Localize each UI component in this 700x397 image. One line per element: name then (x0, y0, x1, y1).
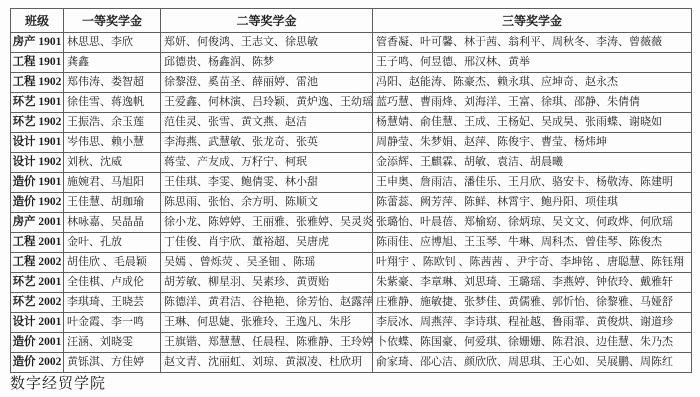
class-cell: 设计 2001 (11, 313, 64, 333)
third-scholarship-cell: 卜依蝶、陈国豪、何爱琪、徐姗姗、陈君浪、边佳慧、朱乃杰 (373, 333, 692, 353)
first-scholarship-cell: 徐佳雪、蒋逸帆 (64, 93, 161, 113)
second-scholarship-cell: 王佳琪、李雯、鲍倩雯、林小甜 (161, 173, 373, 193)
first-scholarship-cell: 施婉君、马旭阳 (64, 173, 161, 193)
second-scholarship-cell: 陈德洋、黄君洁、谷艳艳、徐芳怡、赵露萍 (161, 293, 373, 313)
second-scholarship-cell: 范佳灵、张雪、黄文燕、赵洁 (161, 113, 373, 133)
first-scholarship-cell: 郑伟涛、娄智超 (64, 73, 161, 93)
header-third-scholarship: 三等奖学金 (373, 9, 692, 33)
first-scholarship-cell: 刘秋、沈威 (64, 153, 161, 173)
second-scholarship-cell: 蒋莹、产友成、万籽宁、柯珉 (161, 153, 373, 173)
second-scholarship-cell: 丁佳俊、肖宇欣、董裕超、吴唐虎 (161, 233, 373, 253)
third-scholarship-cell: 冯阳、赵能涛、陈豪杰、赖永琪、应坤奇、赵永杰 (373, 73, 692, 93)
class-cell: 工程 2002 (11, 253, 64, 273)
header-first-scholarship: 一等奖学金 (64, 9, 161, 33)
table-row: 环艺 1901徐佳雪、蒋逸帆王爱鑫、何林演、吕玲颖、黄炉逸、王幼瑶蓝巧慧、曹雨烽… (11, 93, 692, 113)
second-scholarship-cell: 徐小龙、陈婷婷、王丽雅、张雅婷、吴灵炎 (161, 213, 373, 233)
third-scholarship-cell: 张璐怡、叶晨蓓、郑榆窈、徐炳琼、吴文文、何政烨、何欣瑶 (373, 213, 692, 233)
table-row: 工程 1901龚鑫邱德贵、杨鑫润、陈梦王子鸣、何昱德、邢汉林、黄举 (11, 53, 692, 73)
class-cell: 造价 1901 (11, 173, 64, 193)
third-scholarship-cell: 金添辉、王麒霖、胡敏、袁洁、胡晨曦 (373, 153, 692, 173)
first-scholarship-cell: 黄铄淇、方佳婷 (64, 353, 161, 373)
third-scholarship-cell: 庄雅静、施敏捷、张梦佳、黄儒雅、郭忻怡、徐黎雅、马娅舒 (373, 293, 692, 313)
second-scholarship-cell: 邱德贵、杨鑫润、陈梦 (161, 53, 373, 73)
third-scholarship-cell: 周静莹、朱梦娟、赵萍、陈俊宇、曹莹、杨炜坤 (373, 133, 692, 153)
class-cell: 环艺 2001 (11, 273, 64, 293)
third-scholarship-cell: 朱紫豪、李章琳、刘思琦、王璐瑶、李燕婷、钟依玲、戴雅轩 (373, 273, 692, 293)
first-scholarship-cell: 李琪琦、王晓芸 (64, 293, 161, 313)
third-scholarship-cell: 李辰冰、周燕萍、李诗琪、程祉越、鲁雨霏、黄俊烘、谢道珍 (373, 313, 692, 333)
first-scholarship-cell: 全佳棋、卢成伦 (64, 273, 161, 293)
first-scholarship-cell: 岑伟思、赖小慧 (64, 133, 161, 153)
class-cell: 造价 1902 (11, 193, 64, 213)
second-scholarship-cell: 李海燕、武慧敏、张龙奇、张英 (161, 133, 373, 153)
class-cell: 房产 1901 (11, 33, 64, 53)
table-row: 环艺 2001全佳棋、卢成伦胡芳敏、柳星羽、吴素珍、黄贾贻朱紫豪、李章琳、刘思琦… (11, 273, 692, 293)
second-scholarship-cell: 徐黎澄、奚苗圣、薛丽婷、雷池 (161, 73, 373, 93)
first-scholarship-cell: 林思思、李欣 (64, 33, 161, 53)
header-class: 班级 (11, 9, 64, 33)
table-row: 设计 1901岑伟思、赖小慧李海燕、武慧敏、张龙奇、张英周静莹、朱梦娟、赵萍、陈… (11, 133, 692, 153)
class-cell: 环艺 1902 (11, 113, 64, 133)
table-row: 设计 2001叶金霞、李一鸣王琳、何思婕、张雅玲、王逸凡、朱彤李辰冰、周燕萍、李… (11, 313, 692, 333)
class-cell: 设计 1901 (11, 133, 64, 153)
second-scholarship-cell: 王旗锴、郑慧慧、任晨程、陈雅静、王玲婷 (161, 333, 373, 353)
table-row: 环艺 2002李琪琦、王晓芸陈德洋、黄君洁、谷艳艳、徐芳怡、赵露萍庄雅静、施敏捷… (11, 293, 692, 313)
second-scholarship-cell: 赵文青、沈丽虹、刘琼、黄淑凌、杜欣玥 (161, 353, 373, 373)
table-row: 设计 1902刘秋、沈威蒋莹、产友成、万籽宁、柯珉金添辉、王麒霖、胡敏、袁洁、胡… (11, 153, 692, 173)
third-scholarship-cell: 陈蕾蕊、阙芳萍、陈鲜、林霄宇、鲍丹阳、项佳琪 (373, 193, 692, 213)
scholarship-table: 班级 一等奖学金 二等奖学金 三等奖学金 房产 1901林思思、李欣郑妍、何俊鸿… (10, 8, 692, 373)
class-cell: 环艺 2002 (11, 293, 64, 313)
table-row: 房产 1901林思思、李欣郑妍、何俊鸿、王志文、徐思敏管香凝、叶可馨、林于茜、翁… (11, 33, 692, 53)
third-scholarship-cell: 王子鸣、何昱德、邢汉林、黄举 (373, 53, 692, 73)
third-scholarship-cell: 王申奥、詹雨洁、潘佳乐、王月欣、骆安卡、杨敬涛、陈建明 (373, 173, 692, 193)
first-scholarship-cell: 林咏嘉、吴晶晶 (64, 213, 161, 233)
table-row: 造价 1902王佳慧、胡珈瑜陈思雨、张怡、余方明、陈顺文陈蕾蕊、阙芳萍、陈鲜、林… (11, 193, 692, 213)
table-row: 房产 2001林咏嘉、吴晶晶徐小龙、陈婷婷、王丽雅、张雅婷、吴灵炎张璐怡、叶晨蓓… (11, 213, 692, 233)
second-scholarship-cell: 陈思雨、张怡、余方明、陈顺文 (161, 193, 373, 213)
header-second-scholarship: 二等奖学金 (161, 9, 373, 33)
table-row: 造价 2002黄铄淇、方佳婷赵文青、沈丽虹、刘琼、黄淑凌、杜欣玥俞家琦、邵心洁、… (11, 353, 692, 373)
third-scholarship-cell: 蓝巧慧、曹雨烽、刘海洋、王富、徐琪、邵静、朱倩倩 (373, 93, 692, 113)
table-body: 房产 1901林思思、李欣郑妍、何俊鸿、王志文、徐思敏管香凝、叶可馨、林于茜、翁… (11, 33, 692, 373)
first-scholarship-cell: 胡佳欣 、毛晨颖 (64, 253, 161, 273)
second-scholarship-cell: 胡芳敏、柳星羽、吴素珍、黄贾贻 (161, 273, 373, 293)
class-cell: 环艺 1901 (11, 93, 64, 113)
table-row: 环艺 1902王振浩、余玉莲范佳灵、张雪、黄文燕、赵洁杨慧婧、俞佳慧、王成、王杨… (11, 113, 692, 133)
table-row: 工程 2002胡佳欣 、毛晨颖吴嫣 、曾烁荧 、吴圣钿 、陈瑶叶翔宇 、陈欧钊 … (11, 253, 692, 273)
first-scholarship-cell: 龚鑫 (64, 53, 161, 73)
class-cell: 设计 1902 (11, 153, 64, 173)
college-title: 数字经贸学院 (10, 372, 106, 393)
third-scholarship-cell: 俞家琦、邵心洁、颜欣欣、周思琪、王心如、吴展鹏、周陈红 (373, 353, 692, 373)
first-scholarship-cell: 叶金霞、李一鸣 (64, 313, 161, 333)
second-scholarship-cell: 王爱鑫、何林演、吕玲颖、黄炉逸、王幼瑶 (161, 93, 373, 113)
second-scholarship-cell: 吴嫣 、曾烁荧 、吴圣钿 、陈瑶 (161, 253, 373, 273)
first-scholarship-cell: 王佳慧、胡珈瑜 (64, 193, 161, 213)
table-header-row: 班级 一等奖学金 二等奖学金 三等奖学金 (11, 9, 692, 33)
table-row: 造价 1901施婉君、马旭阳王佳琪、李雯、鲍倩雯、林小甜王申奥、詹雨洁、潘佳乐、… (11, 173, 692, 193)
third-scholarship-cell: 管香凝、叶可馨、林于茜、翁利平、周秋冬、李涛、曾薇薇 (373, 33, 692, 53)
document-page: 班级 一等奖学金 二等奖学金 三等奖学金 房产 1901林思思、李欣郑妍、何俊鸿… (0, 0, 700, 397)
class-cell: 房产 2001 (11, 213, 64, 233)
class-cell: 工程 1901 (11, 53, 64, 73)
table-row: 造价 2001汪涵、刘晓雯王旗锴、郑慧慧、任晨程、陈雅静、王玲婷卜依蝶、陈国豪、… (11, 333, 692, 353)
third-scholarship-cell: 陈雨佳、应博旭、王玉琴、牛琳、周科杰、曾佳琴、陈俊杰 (373, 233, 692, 253)
third-scholarship-cell: 杨慧婧、俞佳慧、王成、王杨妃、吴成昊、张雨蝶、谢晓如 (373, 113, 692, 133)
second-scholarship-cell: 郑妍、何俊鸿、王志文、徐思敏 (161, 33, 373, 53)
third-scholarship-cell: 叶翔宇 、陈欧钊 、陈茜茜 、尹宇奇、李坤铭 、唐聪慧、陈钰翔 (373, 253, 692, 273)
first-scholarship-cell: 王振浩、余玉莲 (64, 113, 161, 133)
class-cell: 造价 2002 (11, 353, 64, 373)
class-cell: 造价 2001 (11, 333, 64, 353)
table-row: 工程 2001金叶、孔放丁佳俊、肖宇欣、董裕超、吴唐虎陈雨佳、应博旭、王玉琴、牛… (11, 233, 692, 253)
first-scholarship-cell: 金叶、孔放 (64, 233, 161, 253)
class-cell: 工程 1902 (11, 73, 64, 93)
first-scholarship-cell: 汪涵、刘晓雯 (64, 333, 161, 353)
second-scholarship-cell: 王琳、何思婕、张雅玲、王逸凡、朱彤 (161, 313, 373, 333)
class-cell: 工程 2001 (11, 233, 64, 253)
table-row: 工程 1902郑伟涛、娄智超徐黎澄、奚苗圣、薛丽婷、雷池冯阳、赵能涛、陈豪杰、赖… (11, 73, 692, 93)
